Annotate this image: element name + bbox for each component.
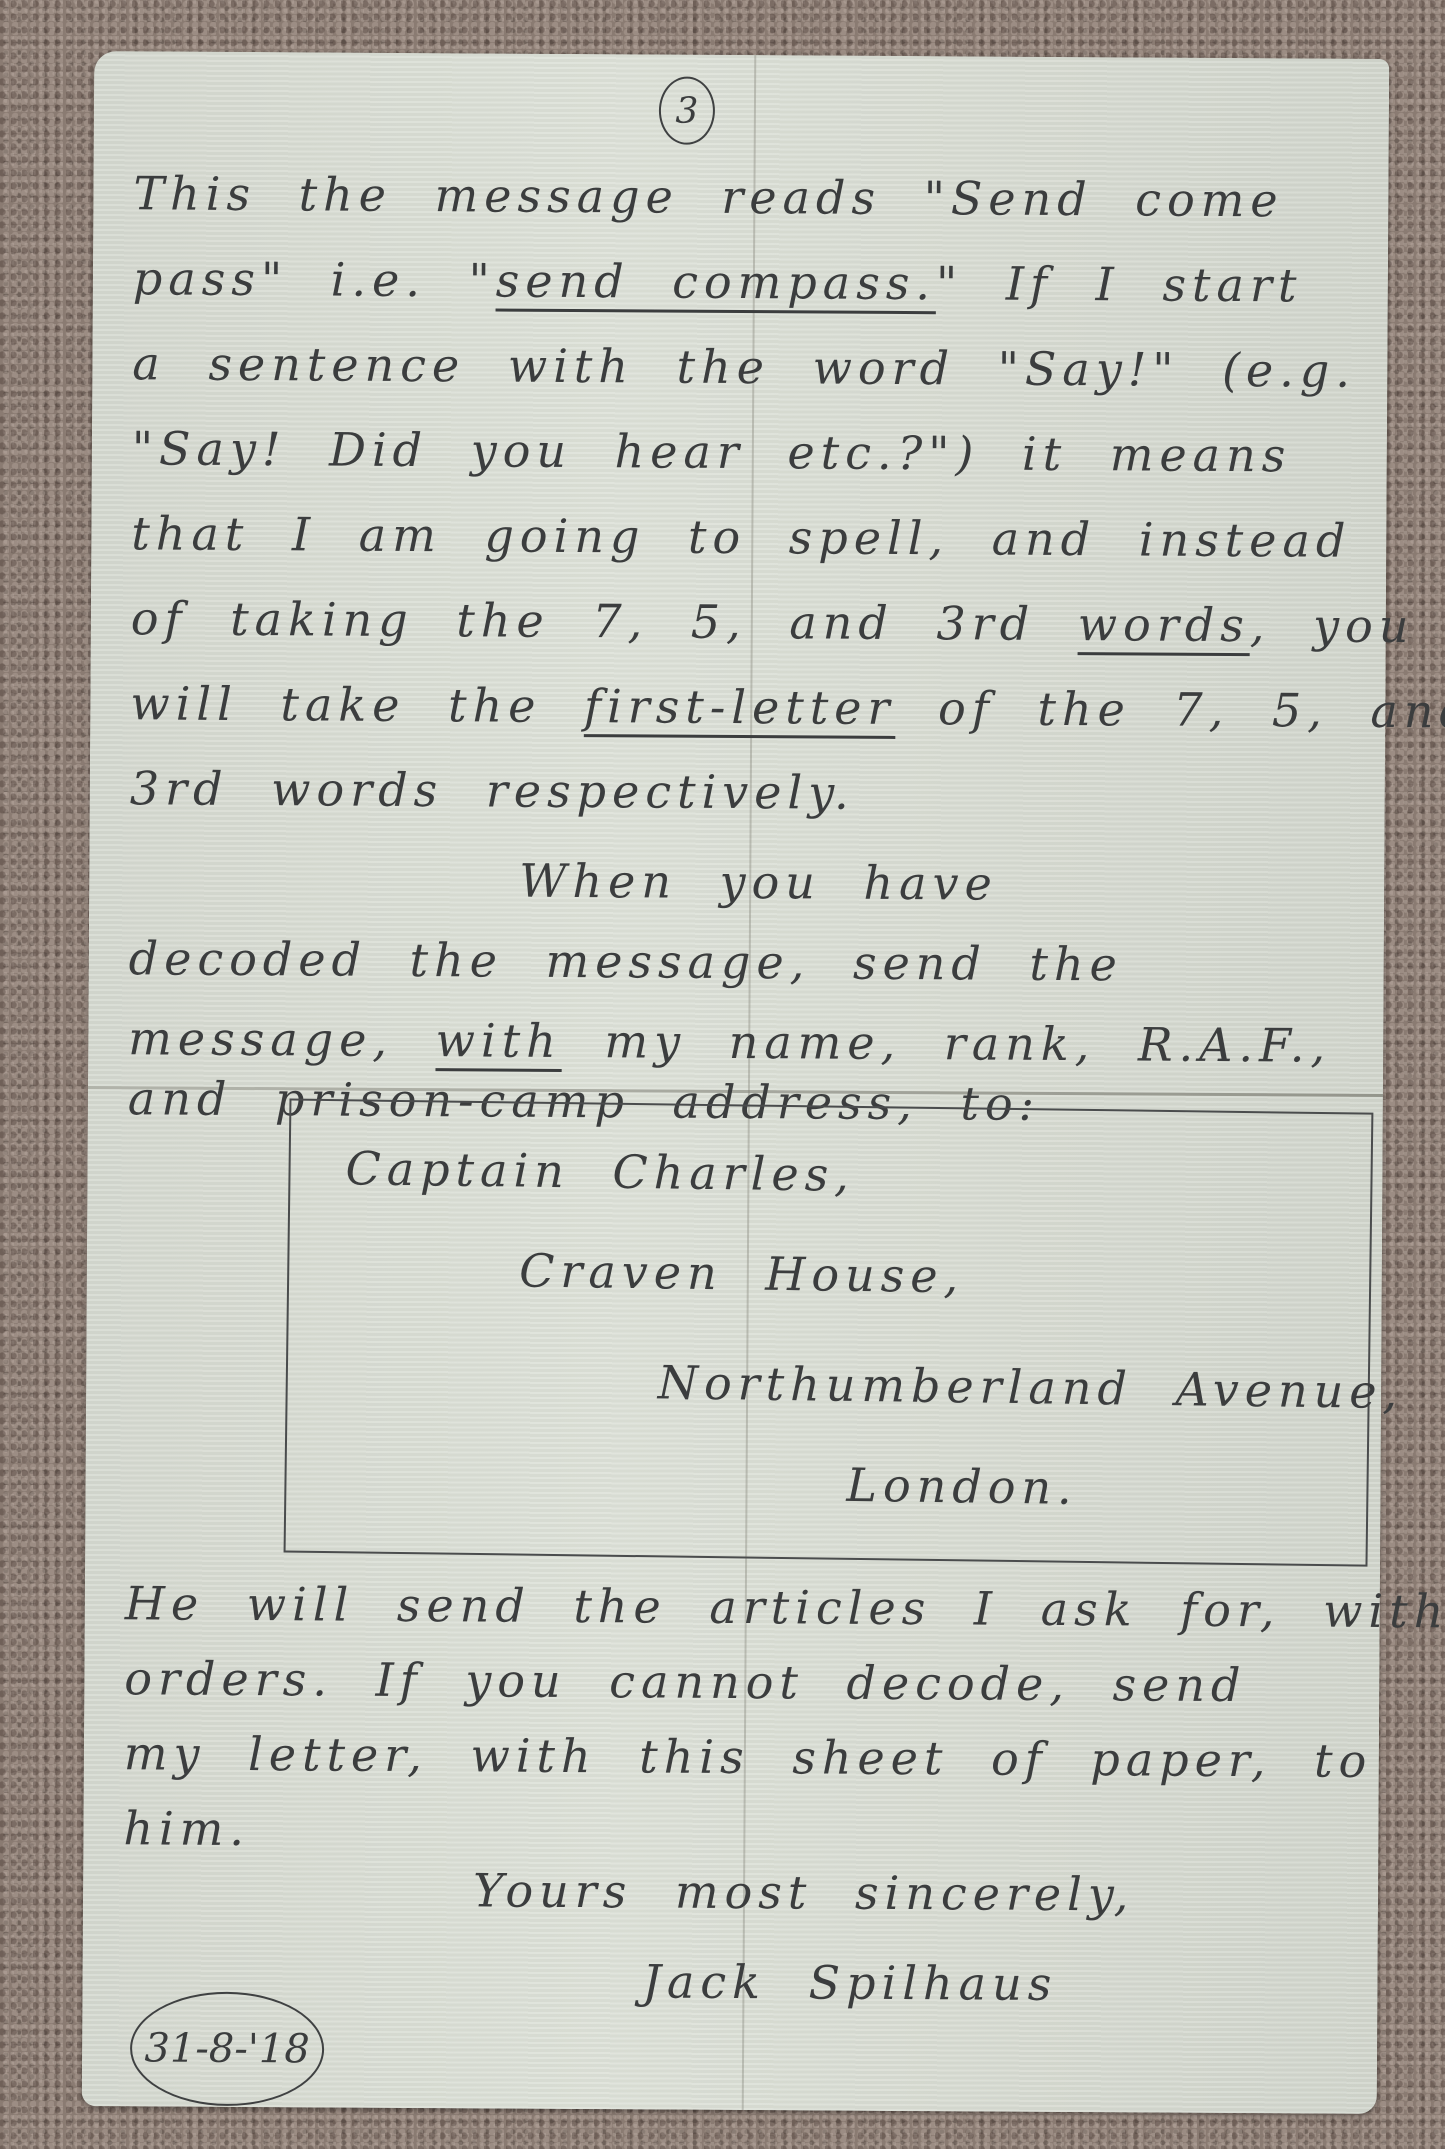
letter-line: orders. If you cannot decode, send (124, 1651, 1246, 1712)
page-number: 3 (675, 90, 698, 131)
letter-line: He will send the articles I ask for, wit… (125, 1576, 1445, 1638)
letter-line: message, with my name, rank, R.A.F., (128, 1011, 1331, 1072)
letter-text: will take the (130, 676, 584, 733)
underlined-phrase: send compass. (496, 254, 937, 311)
letter-line: When you have (519, 854, 998, 911)
letter-line: pass" i.e. "send compass." If I start (133, 251, 1303, 312)
underlined-phrase: with (435, 1013, 562, 1068)
address-box: Captain Charles, Craven House, Northumbe… (284, 1098, 1374, 1566)
letter-line: a sentence with the word "Say!" (e.g. (132, 336, 1356, 397)
underlined-phrase: first-letter (584, 679, 896, 735)
letter-text: of taking the 7, 5, and 3rd (131, 591, 1078, 651)
address-line-3: Northumberland Avenue, (657, 1355, 1403, 1419)
address-line-1: Captain Charles, (345, 1141, 855, 1202)
letter-line: "Say! Did you hear etc.?") it means (132, 421, 1292, 482)
letter-line: This the message reads "Send come (133, 166, 1283, 227)
date: 31-8-'18 (144, 2025, 310, 2072)
closing: Yours most sincerely, (473, 1863, 1135, 1921)
letter-text: message, (128, 1011, 436, 1067)
underlined-phrase: words (1078, 597, 1250, 652)
page-number-circle: 3 (659, 77, 715, 145)
address-line-4: London. (846, 1458, 1078, 1515)
letter-text: , you (1250, 598, 1415, 653)
letter-line: will take the first-letter of the 7, 5, … (130, 676, 1445, 738)
letter-text: of the 7, 5, and (895, 681, 1445, 739)
date-circle: 31-8-'18 (130, 1991, 325, 2106)
letter-line: decoded the message, send the (129, 931, 1123, 991)
address-line-2: Craven House, (519, 1244, 965, 1304)
letter-line: 3rd words respectively. (130, 761, 855, 819)
letter-line: him. (123, 1801, 250, 1856)
letter-text: my name, rank, R.A.F., (562, 1014, 1332, 1073)
letter-line: my letter, with this sheet of paper, to (124, 1726, 1373, 1788)
letter-text: pass" i.e. " (133, 251, 496, 307)
letter-line: of taking the 7, 5, and 3rd words, you (131, 591, 1415, 653)
letter-sheet: 3 This the message reads "Send come pass… (82, 51, 1390, 2114)
signature: Jack Spilhaus (642, 1954, 1057, 2011)
letter-text: " If I start (936, 256, 1303, 312)
letter-line: that I am going to spell, and instead (131, 506, 1351, 567)
